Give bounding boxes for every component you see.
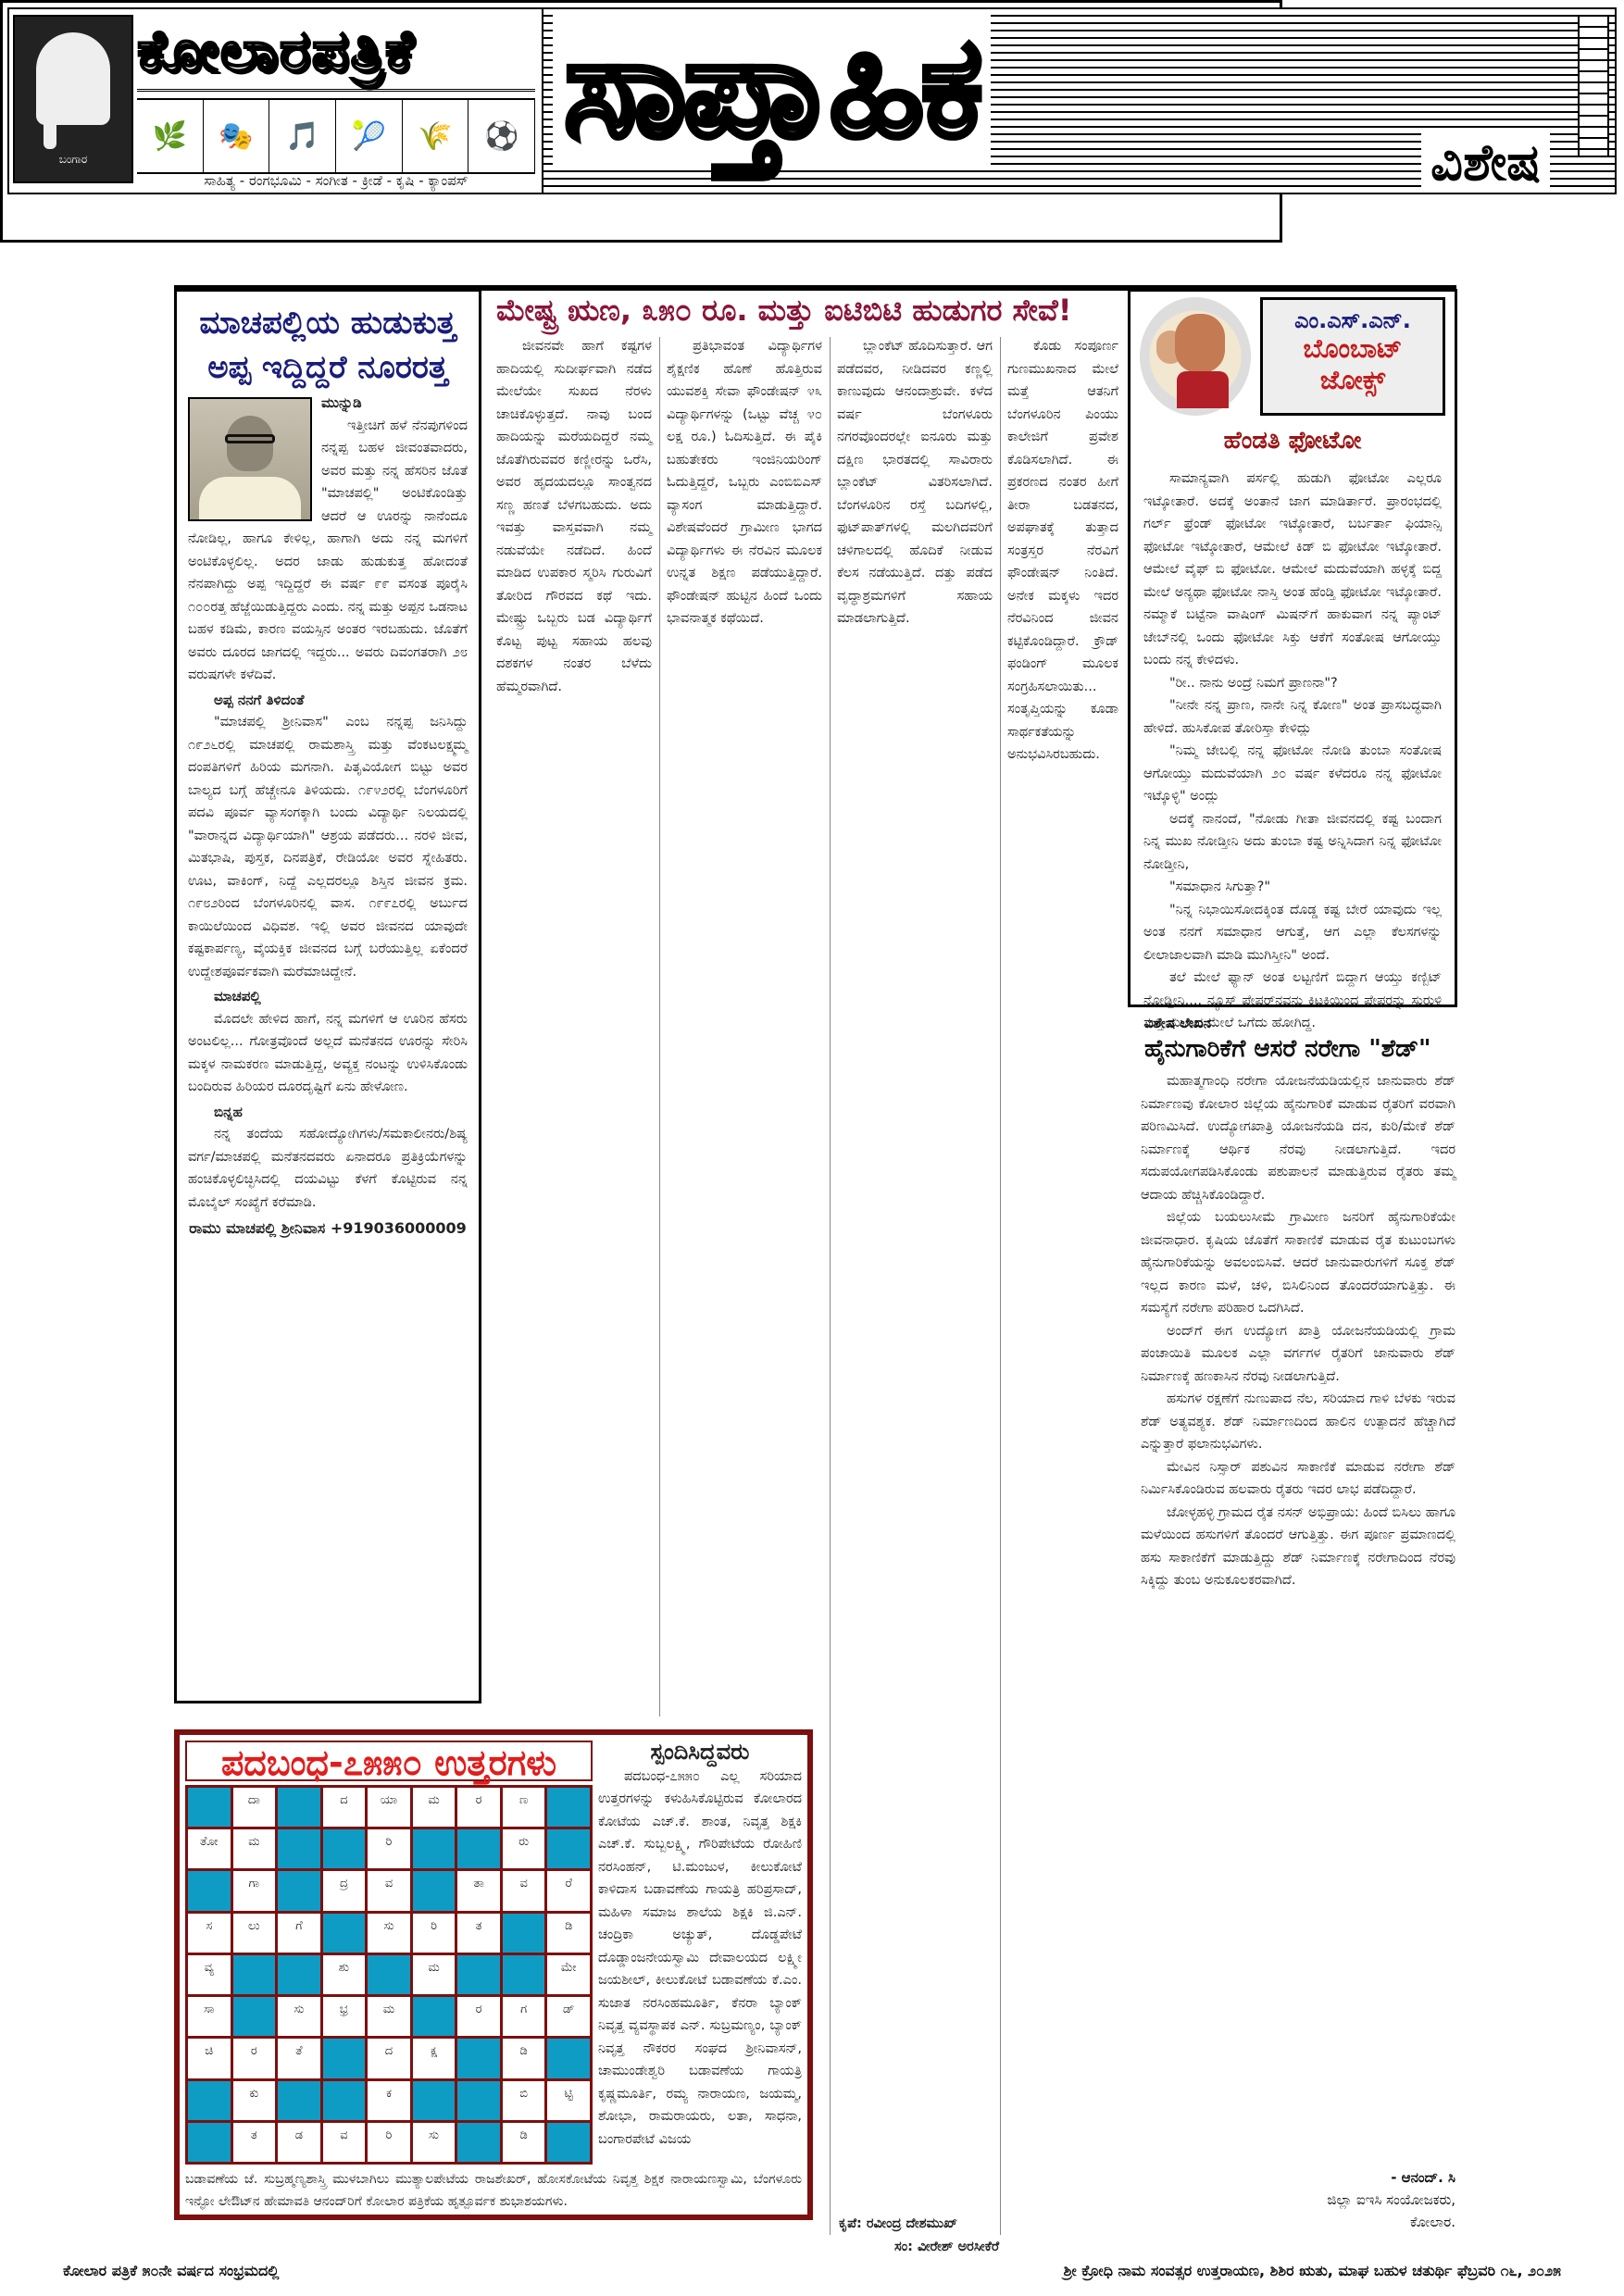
crossword-block-cell: [278, 1829, 320, 1868]
crossword-letter-cell: ದ: [368, 2039, 410, 2078]
crossword-letter-cell: ತಾ: [457, 1871, 500, 1910]
crossword-letter-cell: ಕು: [233, 2081, 276, 2120]
joke-paragraph: ಸಾಮಾನ್ಯವಾಗಿ ಪರ್ಸಲ್ಲಿ ಹುಡುಗಿ ಫೋಟೋ ಎಲ್ಲರೂ …: [1143, 468, 1442, 672]
crossword-letter-cell: ವ್ಯ: [188, 1955, 231, 1994]
crossword-letter-cell: ರಿ: [413, 1914, 456, 1953]
crossword-block-cell: [323, 1829, 366, 1868]
crossword-letter-cell: ಕ: [368, 2081, 410, 2120]
crossword-letter-cell: ರಿ: [368, 2123, 410, 2162]
joke-paragraph: "ನಿನ್ನ ನಿಭಾಯಿಸೋದಕ್ಕಿಂತ ದೊಡ್ಡ ಕಷ್ಟ ಬೇರೆ ಯ…: [1143, 899, 1442, 967]
feature-paragraph: ಅಂದ್‌ಗೆ ಈಗ ಉದ್ಯೋಗ ಖಾತ್ರಿ ಯೋಜನೆಯಡಿಯಲ್ಲಿ ಗ…: [1141, 1320, 1455, 1389]
left-article: ಮಾಚಪಲ್ಲಿಯ ಹುಡುಕುತ್ತ ಅಪ್ಪ ಇದ್ದಿದ್ದರೆ ನೂರರ…: [174, 289, 481, 1703]
ball-icon: ⚽: [468, 100, 535, 172]
elephant-icon: [36, 32, 110, 125]
feature-kicker: ವಿಶೇಷ ಲೇಖನ: [1144, 1015, 1211, 1031]
crossword-block-cell: [547, 2123, 590, 2162]
center-col2-text: ಪ್ರತಿಭಾವಂತ ವಿದ್ಯಾರ್ಥಿಗಳ ಶೈಕ್ಷಣಿಕ ಹೊಣೆ ಹೊ…: [667, 335, 822, 630]
crossword-block-cell: [457, 2039, 500, 2078]
feature-title: ಹೈನುಗಾರಿಕೆಗೆ ಆಸರೆ ನರೇಗಾ "ಶೆಡ್": [1144, 1035, 1431, 1064]
crossword-letter-cell: ತ: [457, 1914, 500, 1953]
crossword-letter-cell: ಭ್ರ: [323, 1997, 366, 2036]
crossword-block-cell: [457, 1955, 500, 1994]
caricature-image: [1140, 297, 1251, 416]
crossword-block-cell: [233, 1997, 276, 2036]
crossword-block-cell: [457, 2123, 500, 2162]
crossword-letter-cell: ಗೆ: [278, 1914, 320, 1953]
crossword-letter-cell: ಡ: [278, 2123, 320, 2162]
crossword-block-cell: [547, 1788, 590, 1827]
crossword-title: ಪದಬಂಧ-೭೫೫೦ ಉತ್ತರಗಳು: [185, 1741, 593, 1781]
joke-paragraph: "ಸಮಾಧಾನ ಸಿಗುತ್ತಾ?": [1143, 876, 1442, 899]
column-divider: [1000, 337, 1001, 2235]
anniversary-line: ಕೋಲಾರ ಪತ್ರಿಕೆ ೫೦ನೇ ವರ್ಷದ ಸಂಭ್ರಮದಲ್ಲಿ: [63, 2262, 279, 2280]
crossword-letter-cell: ಲು: [233, 1914, 276, 1953]
music-icon: 🎵: [269, 100, 336, 172]
feature-paragraph: ಮಹಾತ್ಮಗಾಂಧಿ ನರೇಗಾ ಯೋಜನೆಯಡಿಯಲ್ಲಿನ ಜಾನುವಾರ…: [1141, 1070, 1455, 1206]
left-title-line2: ಅಪ್ಪ ಇದ್ದಿದ್ದರೆ ನೂರರತ್ತ: [188, 345, 468, 390]
crossword-block-cell: [457, 1829, 500, 1868]
crossword-letter-cell: ಣ: [503, 1788, 545, 1827]
sports-racket-icon: 🎾: [336, 100, 403, 172]
jokes-box: ಎಂ.ಎಸ್.ಎನ್. ಬೊಂಬಾಟ್ ಜೋಕ್ಸ್ ಹೆಂಡತಿ ಫೋಟೋ ಸ…: [1128, 289, 1457, 1007]
crossword-letter-cell: ಸು: [368, 1914, 410, 1953]
crossword-letter-cell: ರ: [457, 1997, 500, 2036]
crossword-letter-cell: ಸು: [278, 1997, 320, 2036]
joke-title: ಹೆಂಡತಿ ಫೋಟೋ: [1142, 427, 1443, 455]
section1-text: "ಮಾಚಪಲ್ಲಿ ಶ್ರೀನಿವಾಸ" ಎಂಬ ನನ್ನಪ್ಪ ಜನಿಸಿದ್…: [188, 711, 468, 983]
joke-paragraph: "ರೀ.. ನಾನು ಅಂದ್ರೆ ನಿಮಗೆ ಪ್ರಾಣನಾ"?: [1143, 672, 1442, 695]
crossword-block-cell: [368, 1955, 410, 1994]
crossword-letter-cell: ಡಿ: [503, 2039, 545, 2078]
crossword-block-cell: [188, 2123, 231, 2162]
crossword-letter-cell: ಕ್ಷ: [413, 2039, 456, 2078]
crossword-block-cell: [188, 1871, 231, 1910]
crossword-letter-cell: ಚಿ: [188, 2039, 231, 2078]
jokes-author-box: ಎಂ.ಎಸ್.ಎನ್. ಬೊಂಬಾಟ್ ಜೋಕ್ಸ್: [1260, 297, 1445, 416]
crossword-letter-cell: ಯಾ: [368, 1788, 410, 1827]
center-column-3: ಬ್ಲಾಂಕೆಟ್ ಹೊದಿಸುತ್ತಾರೆ. ಆಗ ಪಡೆದವರ, ನೀಡಿದ…: [837, 335, 993, 630]
masthead: ಬಂಗಾರ ಕೋಲಾರಪತ್ರಿಕೆ 🌿 🎭 🎵 🎾 🌾 ⚽ ಸಾಹಿತ್ಯ -…: [0, 0, 1282, 243]
left-title-line1: ಮಾಚಪಲ್ಲಿಯ ಹುಡುಕುತ್ತ: [188, 301, 468, 345]
crossword-letter-cell: ಶು: [323, 1955, 366, 1994]
elephant-emblem: ಬಂಗಾರ: [13, 15, 133, 183]
crossword-letter-cell: ಮ: [413, 1955, 456, 1994]
crossword-letter-cell: ವ: [323, 2123, 366, 2162]
feature-place: ಕೋಲಾರ.: [1204, 2211, 1455, 2233]
joke-paragraph: ಅದಕ್ಕೆ ನಾನಂದೆ, "ನೋಡು ಗೀತಾ ಜೀವನದಲ್ಲಿ ಕಷ್ಟ…: [1143, 808, 1442, 877]
crossword-block-cell: [278, 1871, 320, 1910]
crossword-letter-cell: ಸ: [188, 1914, 231, 1953]
weekly-subtitle: ವಿಶೇಷ: [1421, 133, 1550, 193]
crossword-letter-cell: ಡ್: [547, 1997, 590, 2036]
column-divider: [830, 337, 831, 2235]
crossword-letter-cell: ರು: [503, 1829, 545, 1868]
crossword-footer: ಬಡಾವಣೆಯ ಜೆ. ಸುಬ್ರಹ್ಮಣ್ಯಶಾಸ್ತ್ರಿ ಮುಳಬಾಗಿಲ…: [185, 2168, 802, 2213]
crossword-block-cell: [188, 2081, 231, 2120]
credit-line: ಕೃಪೆ: ರವೀಂದ್ರ ದೇಶಮುಖ್: [839, 2213, 1117, 2236]
center-column-4: ಕೊಡು ಸಂಪೂರ್ಣ ಗುಣಮುಖನಾದ ಮೇಲೆ ಮತ್ತೆ ಆತನಿಗೆ…: [1007, 335, 1118, 767]
center-column-2: ಪ್ರತಿಭಾವಂತ ವಿದ್ಯಾರ್ಥಿಗಳ ಶೈಕ್ಷಣಿಕ ಹೊಣೆ ಹೊ…: [667, 335, 822, 630]
masthead-footer: ಕೋಲಾರ ಪತ್ರಿಕೆ ೫೦ನೇ ವರ್ಷದ ಸಂಭ್ರಮದಲ್ಲಿ ಶ್ರ…: [7, 2253, 1617, 2289]
feature-paragraph: ಜಿಲ್ಲೆಯ ಬಯಲುಸೀಮೆ ಗ್ರಾಮೀಣ ಜನರಿಗೆ ಹೈನುಗಾರಿ…: [1141, 1206, 1455, 1320]
crossword-letter-cell: ರಿ: [368, 1829, 410, 1868]
crossword-block-cell: [233, 1955, 276, 1994]
section1-label: ಅಪ್ಪ ನನಗೆ ತಿಳಿದಂತೆ: [214, 689, 468, 712]
crossword-block-cell: [547, 1829, 590, 1868]
crossword-block-cell: [323, 2081, 366, 2120]
crop-icon: 🌾: [403, 100, 469, 172]
jokes-author: ಎಂ.ಎಸ್.ಎನ್.: [1263, 307, 1443, 333]
masthead-banner: ಬಂಗಾರ ಕೋಲಾರಪತ್ರಿಕೆ 🌿 🎭 🎵 🎾 🌾 ⚽ ಸಾಹಿತ್ಯ -…: [7, 7, 1617, 194]
contact-line: ರಾಮು ಮಾಚಪಲ್ಲಿ ಶ್ರೀನಿವಾಸ +919036000009: [188, 1217, 468, 1241]
column-divider: [659, 337, 660, 1716]
crossword-letter-cell: ವ: [368, 1871, 410, 1910]
center-column-1: ಜೀವನವೇ ಹಾಗೆ ಕಷ್ಟಗಳ ಹಾದಿಯಲ್ಲಿ ಸುದೀರ್ಘವಾಗಿ…: [496, 335, 652, 698]
crossword-block-cell: [413, 2081, 456, 2120]
center-col1-text: ಜೀವನವೇ ಹಾಗೆ ಕಷ್ಟಗಳ ಹಾದಿಯಲ್ಲಿ ಸುದೀರ್ಘವಾಗಿ…: [496, 335, 652, 698]
crossword-letter-cell: ದಾ: [233, 1788, 276, 1827]
weekly-special-logo: ಸಾಪ್ತಾಹಿಕ ವಿಶೇಷ: [542, 9, 1615, 193]
crossword-block-cell: [188, 1788, 231, 1827]
center-article-title: ಮೇಷ್ಟ್ರ ಋಣ, ೩೫೦ ರೂ. ಮತ್ತು ಐಟಿಬಿಟಿ ಹುಡುಗರ…: [496, 293, 1144, 329]
crossword-footer-text: ಬಡಾವಣೆಯ ಜೆ. ಸುಬ್ರಹ್ಮಣ್ಯಶಾಸ್ತ್ರಿ ಮುಳಬಾಗಿಲ…: [185, 2168, 802, 2213]
crossword-letter-cell: ಗ: [503, 1997, 545, 2036]
crossword-letter-cell: ಮ: [413, 1788, 456, 1827]
joke-paragraph: "ನೀನೇ ನನ್ನ ಪ್ರಾಣ, ನಾನೇ ನಿನ್ನ ಕೋಣ" ಅಂತ ಪ್…: [1143, 694, 1442, 740]
crossword-letter-cell: ಬಿ: [503, 2081, 545, 2120]
category-subtitle: ಸಾಹಿತ್ಯ - ರಂಗಭೂಮಿ - ಸಂಗೀತ - ಕ್ರೀಡೆ - ಕೃಷ…: [137, 172, 535, 189]
category-icons-strip: 🌿 🎭 🎵 🎾 🌾 ⚽: [137, 98, 535, 174]
crossword-block-cell: [503, 1955, 545, 1994]
feature-author: - ಆನಂದ್. ಸಿ: [1204, 2166, 1455, 2189]
date-line: ಶ್ರೀ ಕ್ರೋಧಿ ನಾಮ ಸಂವತ್ಸರ ಉತ್ತರಾಯಣ, ಶಿಶಿರ …: [1064, 2262, 1561, 2280]
section3-label: ಬಿನ್ನಹ: [214, 1101, 468, 1124]
feature-paragraph: ಹಸುಗಳ ರಕ್ಷಣೆಗೆ ನುಣುಪಾದ ನೆಲ, ಸರಿಯಾದ ಗಾಳಿ …: [1141, 1388, 1455, 1456]
crossword-grid: ದಾದಯಾಮರಣತೋಮರಿರುಗಾದ್ರವತಾವರೆಸಲುಗೆಸುರಿತಡಿವ್…: [185, 1785, 593, 2165]
crossword-letter-cell: ಮೇ: [547, 1955, 590, 1994]
winners-title: ಸ್ಪಂದಿಸಿದ್ದವರು: [598, 1741, 802, 1764]
emblem-caption: ಬಂಗಾರ: [59, 153, 88, 167]
crossword-block-cell: [413, 1871, 456, 1910]
section2-text: ಮೊದಲೇ ಹೇಳಿದ ಹಾಗೆ, ನನ್ನ ಮಗಳಿಗೆ ಆ ಊರಿನ ಹೆಸ…: [188, 1008, 468, 1099]
crossword-letter-cell: ಡಿ: [547, 1914, 590, 1953]
crossword-letter-cell: ವ: [503, 1871, 545, 1910]
winners-text: ಪದಬಂಧ-೭೫೫೦ ಎಲ್ಲ ಸರಿಯಾದ ಉತ್ತರಗಳನ್ನು ಕಳುಹಿ…: [598, 1766, 802, 2152]
crossword-block-cell: [457, 2081, 500, 2120]
compiled-by-line: ಸಂ: ವೀರೇಶ್ ಅರಸೀಕೆರೆ: [839, 2236, 1117, 2259]
crossword-block-cell: [323, 2039, 366, 2078]
joke-paragraph: "ನಿಮ್ಮ ಜೇಬಲ್ಲಿ ನನ್ನ ಫೋಟೋ ನೋಡಿ ತುಂಬಾ ಸಂತೋ…: [1143, 740, 1442, 808]
crossword-answers-box: ಪದಬಂಧ-೭೫೫೦ ಉತ್ತರಗಳು ದಾದಯಾಮರಣತೋಮರಿರುಗಾದ್ರ…: [174, 1729, 813, 2220]
section2-label: ಮಾಚಪಲ್ಲಿ: [214, 985, 468, 1008]
author-photo: [188, 397, 312, 521]
crossword-letter-cell: ಟ್ಟಿ: [547, 2081, 590, 2120]
section3-text: ನನ್ನ ತಂದೆಯ ಸಹೋದ್ಯೋಗಿಗಳು/ಸಮಕಾಲೀನರು/ಶಿಷ್ಯ …: [188, 1123, 468, 1214]
paper-name-logo: ಕೋಲಾರಪತ್ರಿಕೆ: [137, 13, 535, 92]
crossword-letter-cell: ರೆ: [547, 1871, 590, 1910]
crossword-letter-cell: ಗಾ: [233, 1871, 276, 1910]
center-col3-text: ಬ್ಲಾಂಕೆಟ್ ಹೊದಿಸುತ್ತಾರೆ. ಆಗ ಪಡೆದವರ, ನೀಡಿದ…: [837, 335, 993, 630]
crossword-block-cell: [503, 1914, 545, 1953]
crossword-letter-cell: ದ: [323, 1788, 366, 1827]
crossword-letter-cell: ತೆ: [278, 2039, 320, 2078]
decorative-border: [1578, 15, 1609, 157]
weekly-title: ಸಾಪ್ತಾಹಿಕ: [553, 9, 991, 167]
center-credit: ಕೃಪೆ: ರವೀಂದ್ರ ದೇಶಮುಖ್ ಸಂ: ವೀರೇಶ್ ಅರಸೀಕೆರ…: [839, 2213, 1117, 2258]
left-article-title: ಮಾಚಪಲ್ಲಿಯ ಹುಡುಕುತ್ತ ಅಪ್ಪ ಇದ್ದಿದ್ದರೆ ನೂರರ…: [188, 301, 468, 390]
crossword-letter-cell: ಸು: [413, 2123, 456, 2162]
crossword-block-cell: [278, 1955, 320, 1994]
crossword-letter-cell: ಸಾ: [188, 1997, 231, 2036]
crossword-letter-cell: ರ: [457, 1788, 500, 1827]
jokes-series-line1: ಬೊಂಬಾಟ್: [1263, 333, 1443, 365]
feature-body: ಮಹಾತ್ಮಗಾಂಧಿ ನರೇಗಾ ಯೋಜನೆಯಡಿಯಲ್ಲಿನ ಜಾನುವಾರ…: [1141, 1070, 1455, 1592]
plant-icon: 🌿: [137, 100, 204, 172]
crossword-block-cell: [278, 2081, 320, 2120]
crossword-letter-cell: ಮ: [233, 1829, 276, 1868]
crossword-block-cell: [278, 1788, 320, 1827]
center-col4-text: ಕೊಡು ಸಂಪೂರ್ಣ ಗುಣಮುಖನಾದ ಮೇಲೆ ಮತ್ತೆ ಆತನಿಗೆ…: [1007, 335, 1118, 767]
joke-body: ಸಾಮಾನ್ಯವಾಗಿ ಪರ್ಸಲ್ಲಿ ಹುಡುಗಿ ಫೋಟೋ ಎಲ್ಲರೂ …: [1143, 468, 1442, 1035]
crossword-block-cell: [547, 2039, 590, 2078]
crossword-letter-cell: ತ: [233, 2123, 276, 2162]
feature-paragraph: ಮೇವಿನ ನಿಸ್ಸಾರ್ ಪಶುವಿನ ಸಾಕಾಣಿಕೆ ಮಾಡುವ ನರೇ…: [1141, 1456, 1455, 1502]
jokes-series-line2: ಜೋಕ್ಸ್: [1263, 365, 1443, 396]
crossword-letter-cell: ದ್ರ: [323, 1871, 366, 1910]
crossword-letter-cell: ರ: [233, 2039, 276, 2078]
left-article-body: ಮುನ್ನುಡಿ ಇತ್ತೀಚಿಗೆ ಹಳೆ ನೆನಪುಗಳಿಂದ ನನ್ನಪ್…: [188, 392, 468, 1241]
crossword-letter-cell: ತೋ: [188, 1829, 231, 1868]
feature-paragraph: ಜೋಳ್ಳಹಳ್ಳಿ ಗ್ರಾಮದ ರೈತ ನಸನ್ ಅಭಿಪ್ರಾಯ: ಹಿಂ…: [1141, 1502, 1455, 1592]
crossword-block-cell: [413, 1829, 456, 1868]
crossword-block-cell: [323, 1914, 366, 1953]
crossword-letter-cell: ಡಿ: [503, 2123, 545, 2162]
crossword-letter-cell: ಮ: [368, 1997, 410, 2036]
theatre-mask-icon: 🎭: [204, 100, 270, 172]
feature-designation: ಜಿಲ್ಲಾ ಐಇಸಿ ಸಂಯೋಜಕರು,: [1204, 2189, 1455, 2211]
crossword-block-cell: [413, 1997, 456, 2036]
feature-signature: - ಆನಂದ್. ಸಿ ಜಿಲ್ಲಾ ಐಇಸಿ ಸಂಯೋಜಕರು, ಕೋಲಾರ.: [1204, 2166, 1455, 2233]
crossword-winners: ಸ್ಪಂದಿಸಿದ್ದವರು ಪದಬಂಧ-೭೫೫೦ ಎಲ್ಲ ಸರಿಯಾದ ಉತ…: [598, 1741, 802, 2165]
